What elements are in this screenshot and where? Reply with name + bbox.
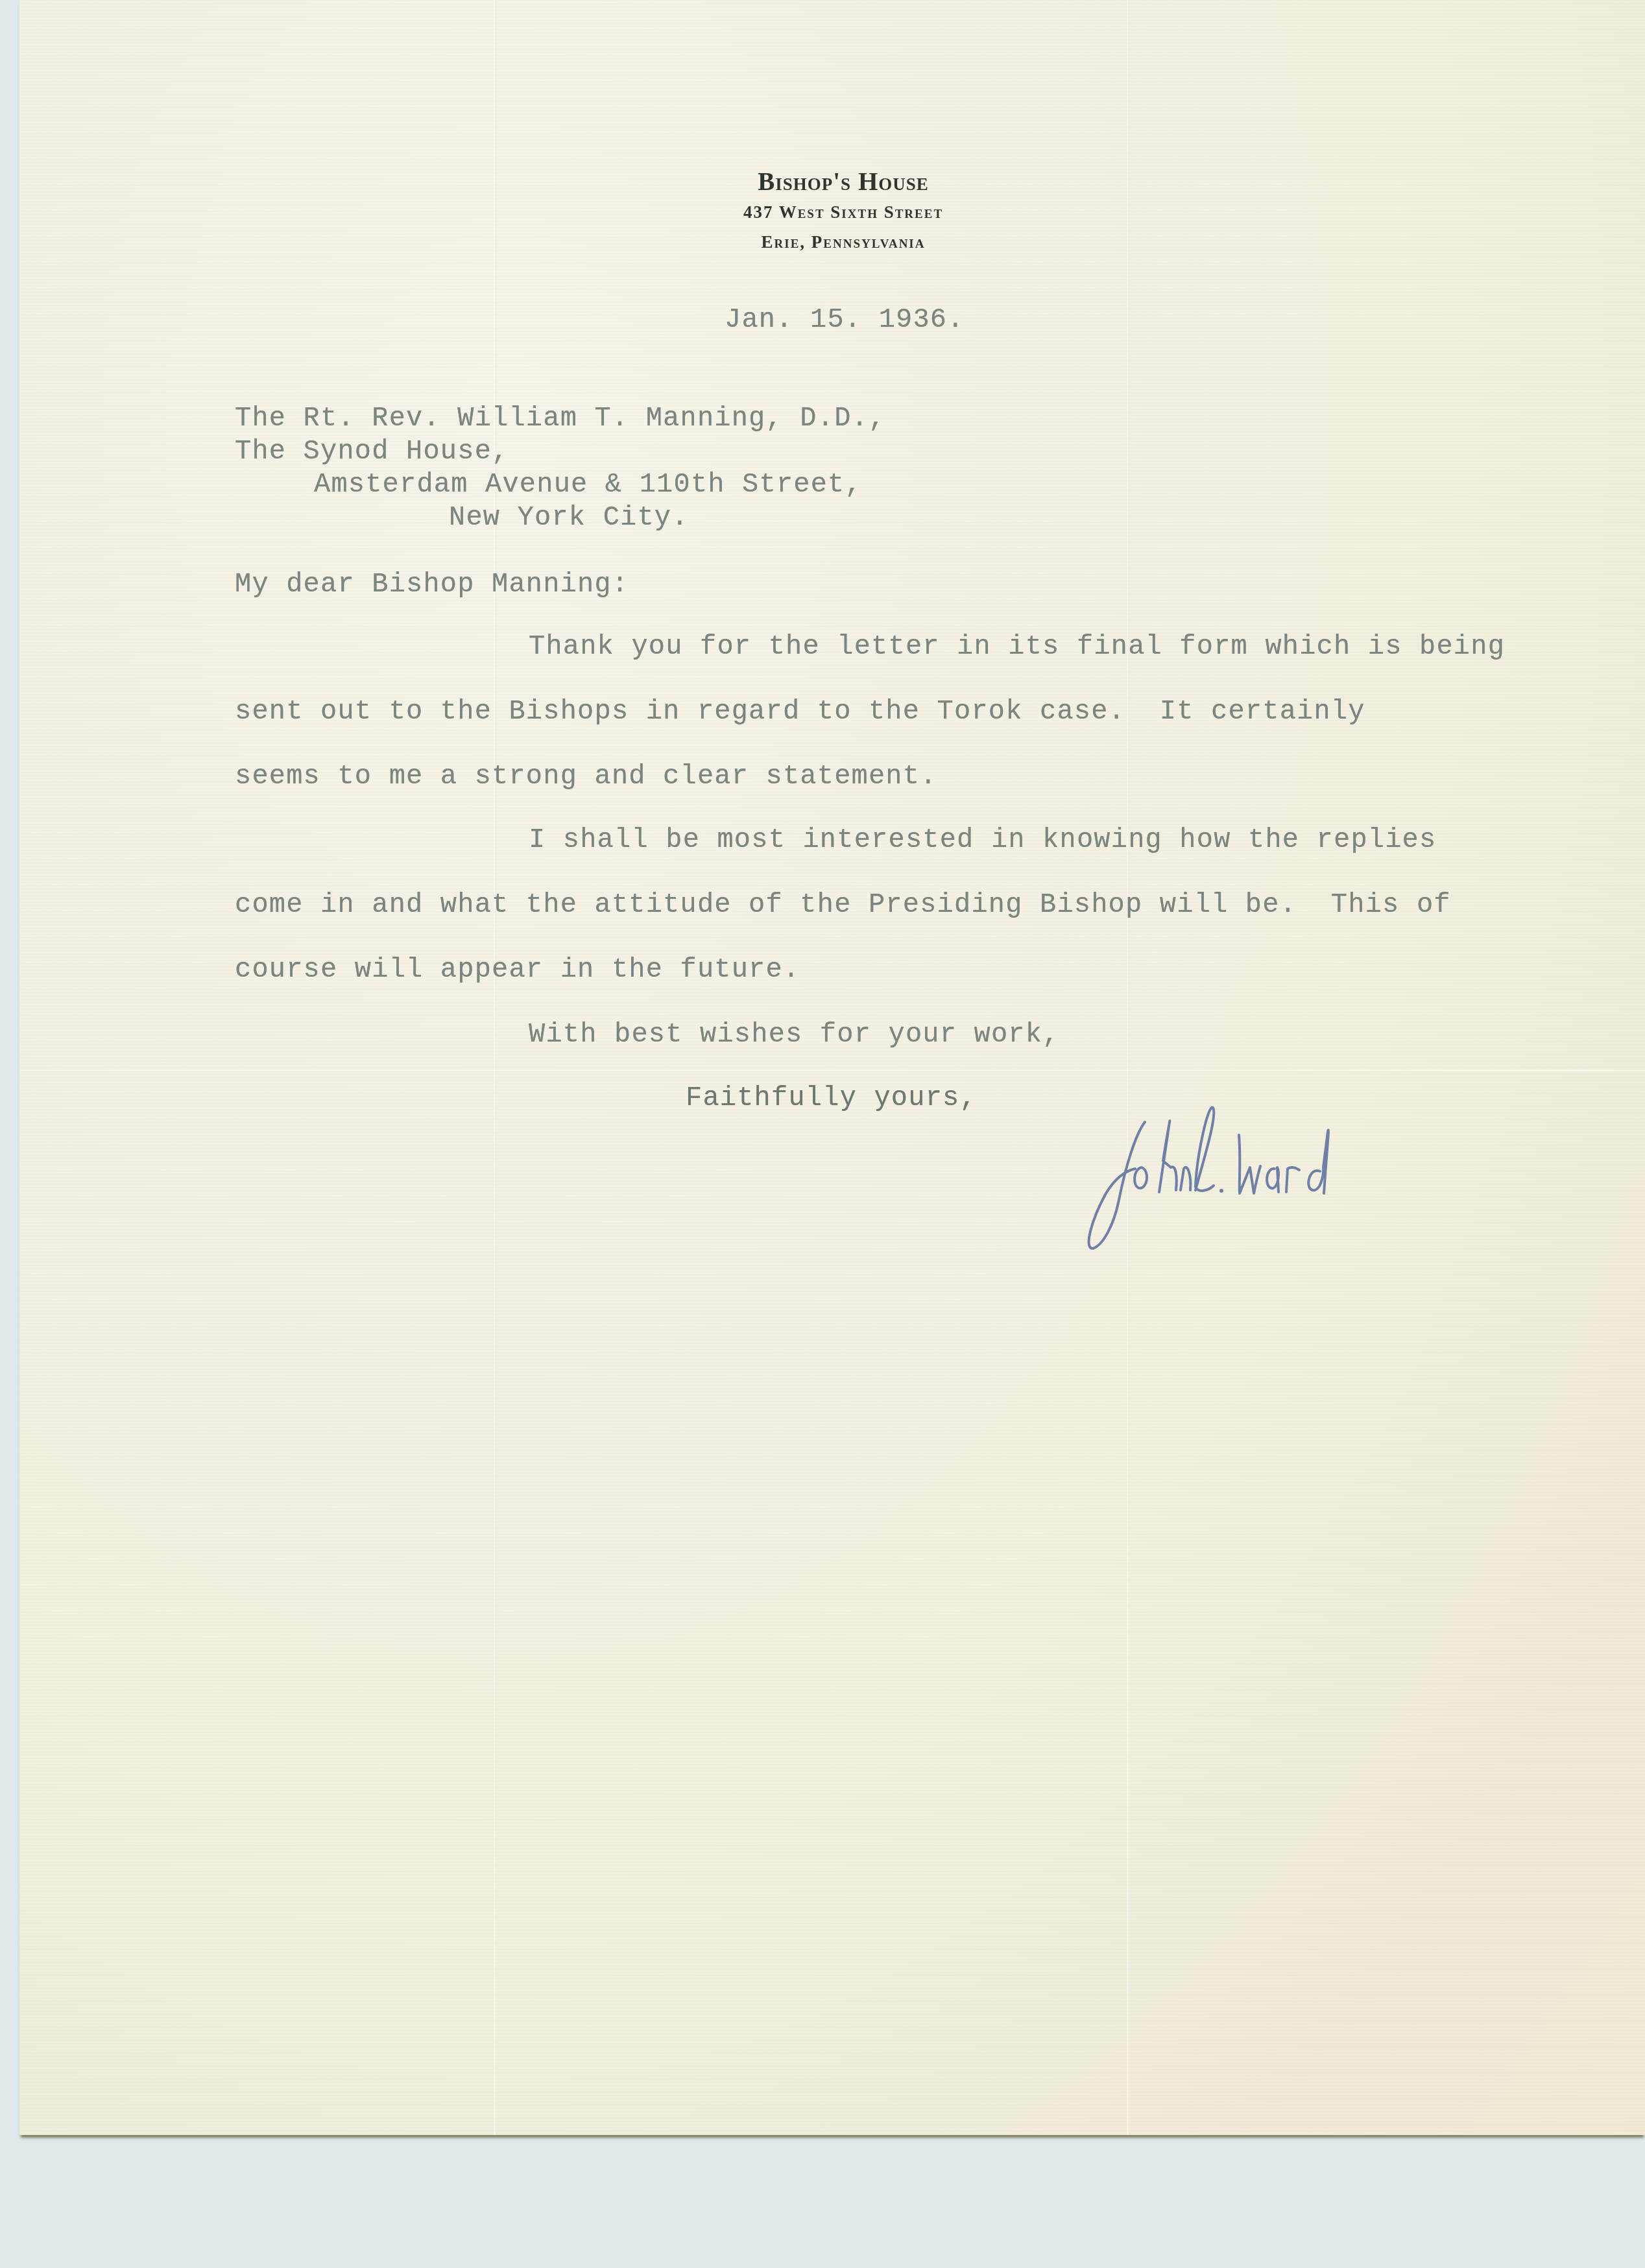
body-paragraph-1-line-2: sent out to the Bishops in regard to the… (235, 695, 1365, 728)
handwritten-signature (1080, 1096, 1443, 1252)
letterhead: Bishop's House 437 West Sixth Street Eri… (681, 167, 1005, 257)
recipient-line-3: Amsterdam Avenue & 110th Street, (314, 468, 862, 501)
body-paragraph-1-line-3: seems to me a strong and clear statement… (235, 760, 937, 793)
body-paragraph-2-line-3: course will appear in the future. (235, 953, 800, 986)
body-paragraph-1-line-1: Thank you for the letter in its final fo… (529, 630, 1505, 663)
letterhead-street: 437 West Sixth Street (681, 197, 1005, 227)
recipient-line-1: The Rt. Rev. William T. Manning, D.D., (235, 402, 885, 435)
body-paragraph-3-line-1: With best wishes for your work, (529, 1018, 1060, 1051)
vertical-fold-line-right (1127, 0, 1129, 2135)
recipient-line-4: New York City. (449, 501, 689, 534)
salutation: My dear Bishop Manning: (235, 568, 629, 601)
recipient-line-2: The Synod House, (235, 435, 509, 468)
closing: Faithfully yours, (686, 1082, 977, 1114)
letter-date: Jan. 15. 1936. (725, 304, 965, 336)
vertical-fold-line-left (494, 0, 496, 2135)
body-paragraph-2-line-1: I shall be most interested in knowing ho… (529, 824, 1436, 856)
letterhead-city: Erie, Pennsylvania (681, 227, 1005, 257)
body-paragraph-2-line-2: come in and what the attitude of the Pre… (235, 889, 1451, 921)
letterhead-name: Bishop's House (681, 167, 1005, 197)
horizontal-fold-line (19, 1070, 1645, 1072)
